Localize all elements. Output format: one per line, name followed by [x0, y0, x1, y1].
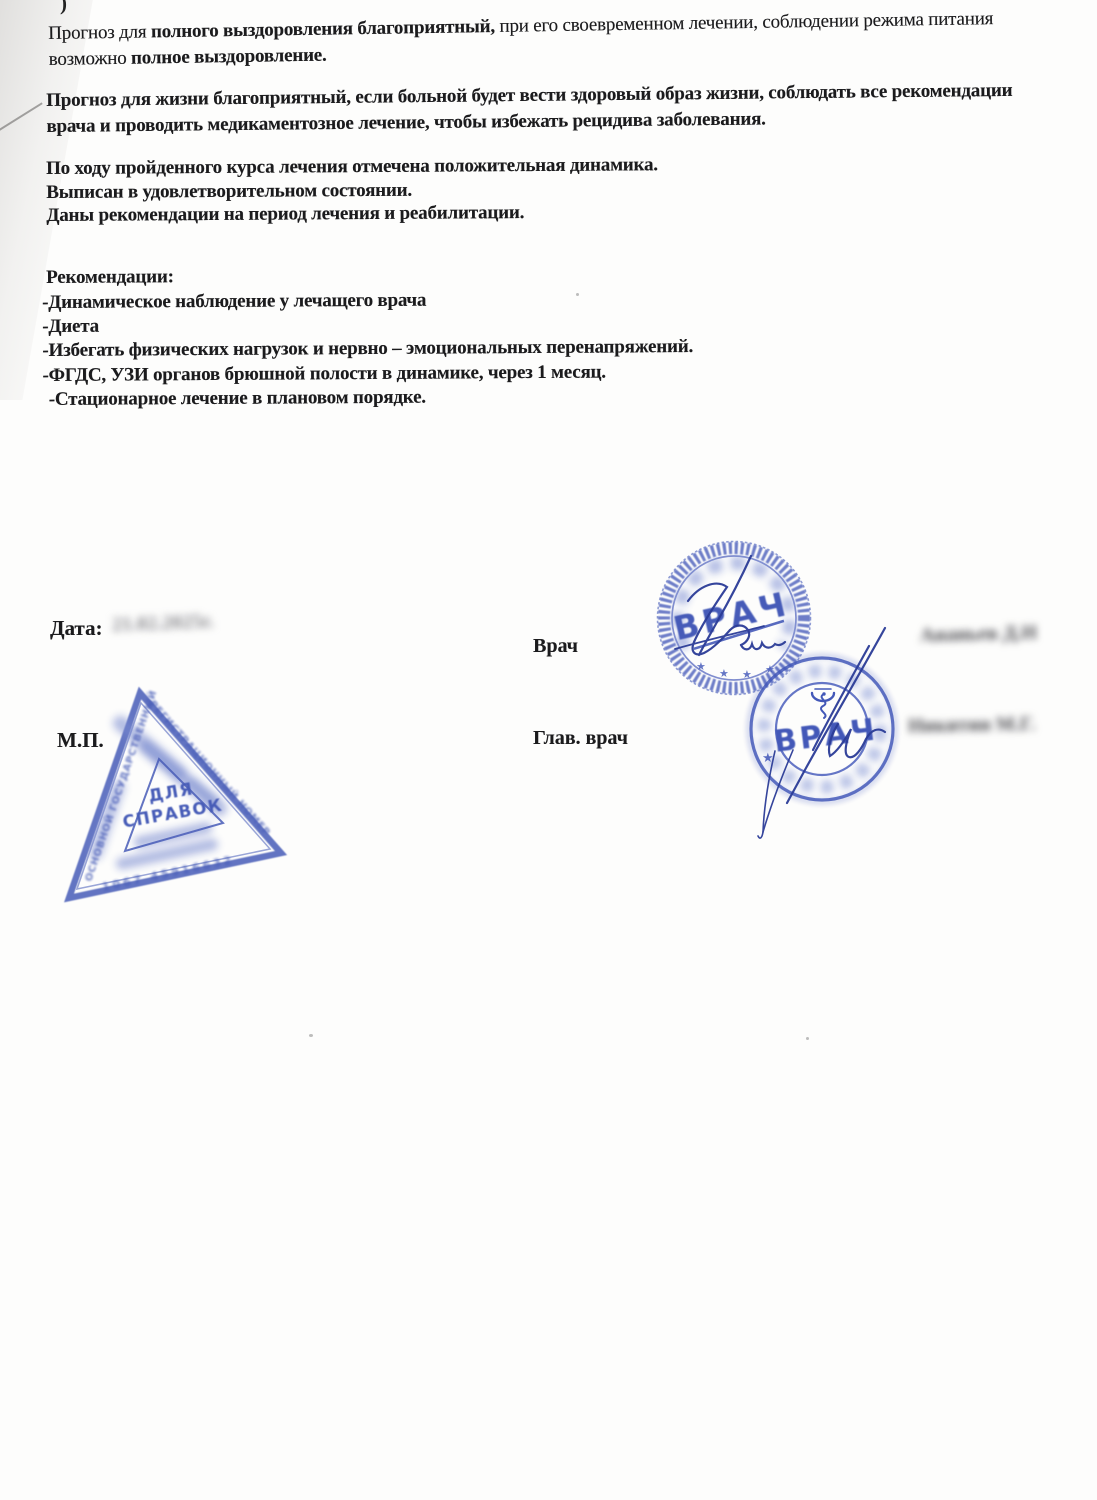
doctor-signature	[675, 556, 785, 655]
head-doctor-round-stamp: ВРАЧ ★	[749, 656, 895, 802]
paragraph-prognosis-recovery: Прогноз для полного выздоровления благоп…	[48, 5, 1069, 73]
triangle-stamp-edge-right-text: РЕГИСТРАЦИОННЫЙ НОМЕР	[147, 697, 274, 838]
scan-speck	[309, 1034, 313, 1037]
scan-corner-mark: )	[60, 0, 67, 16]
star-icon: ★	[765, 663, 775, 676]
blurred-stamp-text	[87, 713, 230, 871]
head-doctor-signature	[758, 628, 885, 838]
doctor-name-redacted: Ананьев Д.Н	[920, 621, 1038, 647]
star-icon: ★	[696, 660, 706, 673]
paragraph-prognosis-life: Прогноз для жизни благоприятный, если бо…	[46, 77, 1066, 140]
doctor-label: Врач	[533, 635, 578, 658]
scan-speck	[806, 1037, 809, 1040]
head-doctor-label: Глав. врач	[533, 727, 628, 750]
text-segment: полного выздоровления	[151, 18, 353, 42]
text-segment: Прогноз для	[48, 21, 151, 44]
star-icon: ★	[742, 668, 752, 681]
date-value-redacted: 21.02.2025г.	[112, 610, 215, 637]
triangle-stamp-edge-left-text: ОСНОВНОЙ ГОСУДАРСТВЕННЫЙ	[82, 688, 160, 883]
recommendations-list: -Динамическое наблюдение у лечащего врач…	[42, 285, 1063, 412]
star-icon: ★	[762, 751, 774, 766]
paragraph-course-summary: По ходу пройденного курса лечения отмече…	[46, 151, 1066, 228]
scan-paper-edge	[0, 102, 42, 131]
text-segment: полное выздоровление.	[131, 45, 327, 69]
text-segment: при его своевременном лечении, соблюдени…	[495, 8, 994, 37]
scanned-discharge-document: ) Прогноз для полного выздоровления благ…	[0, 0, 1097, 1500]
text-line: Даны рекомендации на период лечения и ре…	[46, 198, 1066, 228]
triangle-stamp-center-line1: ДЛЯ	[147, 779, 195, 806]
text-segment: возможно	[48, 48, 131, 70]
head-doctor-name-redacted: Никитин М.Г.	[908, 713, 1036, 738]
recommendation-item: -Стационарное лечение в плановом порядке…	[43, 382, 1063, 412]
stamp-place-label: М.П.	[57, 728, 104, 753]
recommendations-title: Рекомендации:	[46, 266, 174, 289]
doctor-stamp-label: ВРАЧ	[670, 584, 793, 648]
triangle-stamp-center-line2: СПРАВОК	[121, 795, 224, 831]
blurred-ring-text	[678, 563, 790, 648]
triangle-stamp-registration-number: 1067 45916632	[101, 853, 235, 894]
bowl-of-hygieia-icon	[812, 689, 834, 718]
head-doctor-stamp-label: ВРАЧ	[772, 712, 880, 759]
star-icon: ★	[719, 667, 729, 680]
doctor-round-stamp: ВРАЧ ★ ★ ★ ★	[658, 542, 811, 695]
blurred-ring-text	[764, 671, 880, 787]
date-label: Дата:	[50, 616, 102, 641]
triangle-stamp: ОСНОВНОЙ ГОСУДАРСТВЕННЫЙ РЕГИСТРАЦИОННЫЙ…	[69, 688, 281, 898]
text-segment: благоприятный,	[353, 16, 495, 39]
